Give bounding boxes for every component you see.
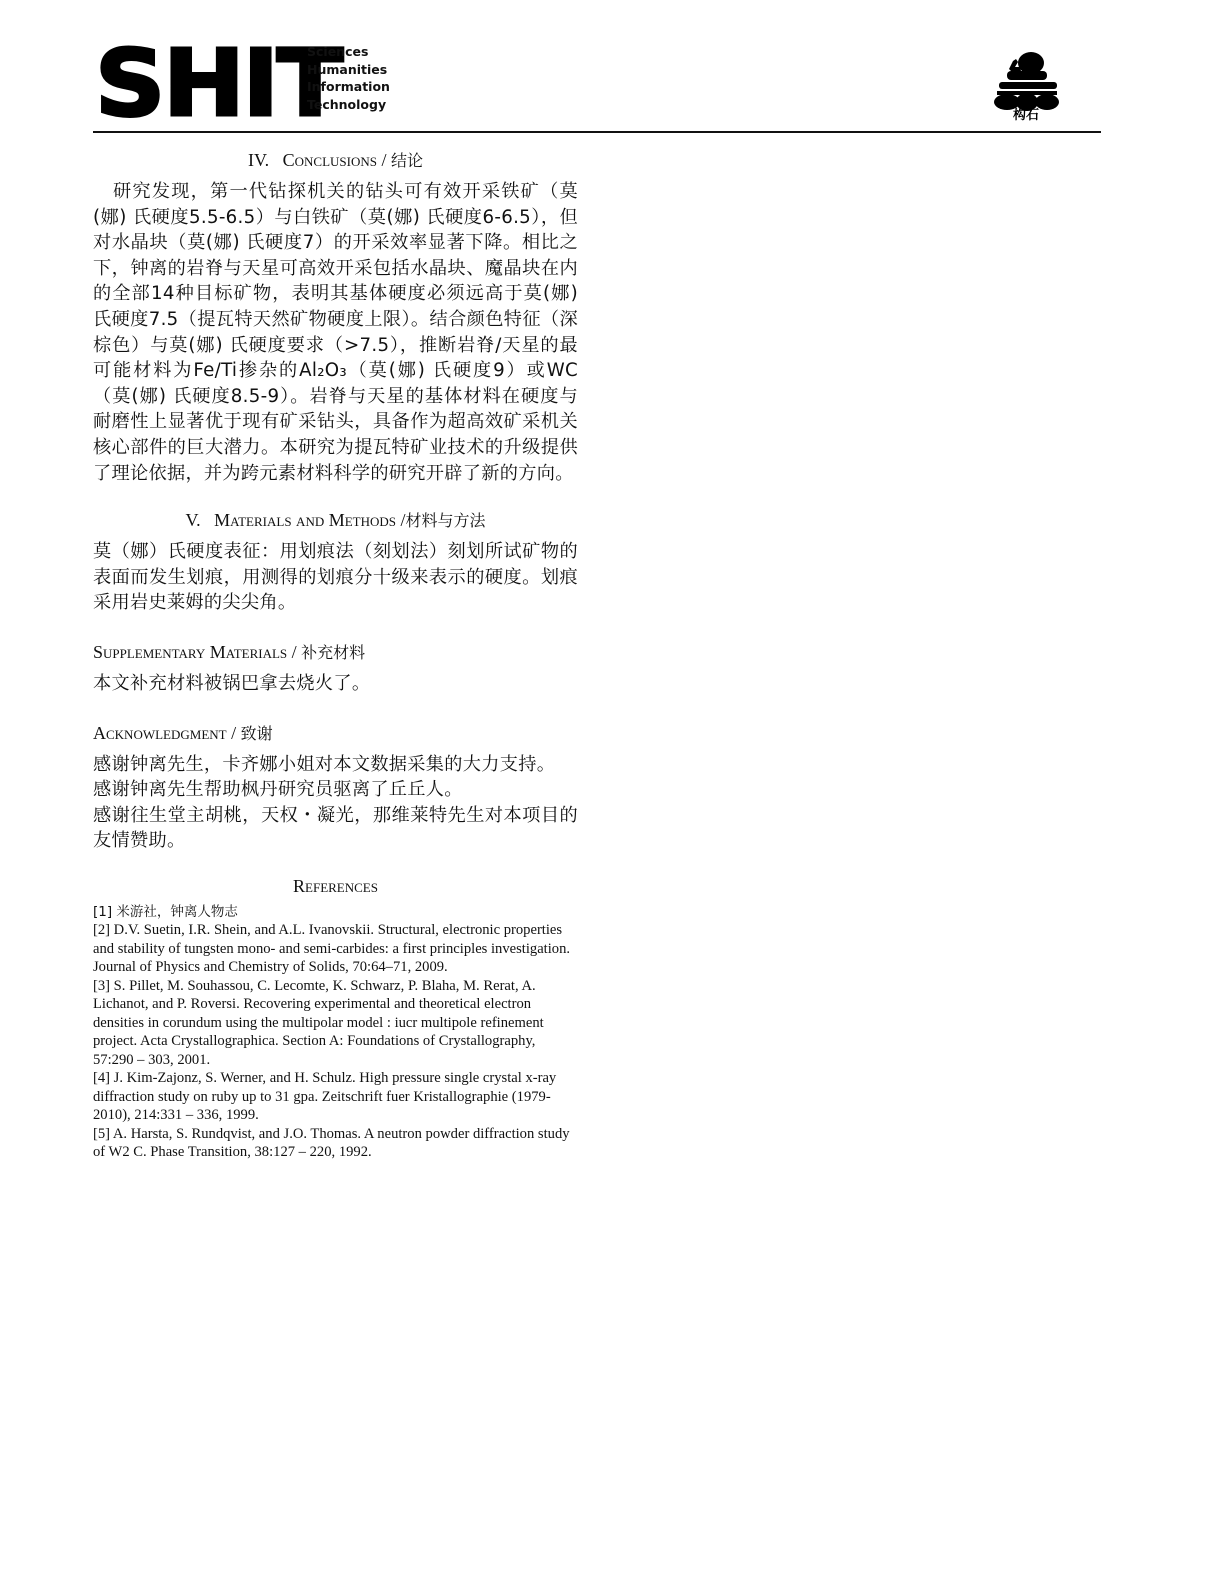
- section-heading-references: References: [93, 876, 578, 897]
- tagline-line: Information: [307, 78, 390, 96]
- page-header: SHIT Sciences Humanities Information Tec…: [93, 42, 1103, 132]
- section-heading-methods: V. Materials and Methods /材料与方法: [93, 508, 578, 531]
- acknowledgment-line: 感谢钟离先生，卡齐娜小姐对本文数据采集的大力支持。: [93, 752, 578, 778]
- reference-item: [2] D.V. Suetin, I.R. Shein, and A.L. Iv…: [93, 921, 578, 977]
- reference-item: [4] J. Kim-Zajonz, S. Werner, and H. Sch…: [93, 1069, 578, 1125]
- header-divider: [93, 131, 1101, 133]
- main-column: IV. Conclusions / 结论 研究发现，第一代钻探机关的钻头可有效开…: [93, 140, 578, 1162]
- supplementary-body: 本文补充材料被锅巴拿去烧火了。: [93, 671, 578, 697]
- acknowledgment-line: 感谢往生堂主胡桃，天权・凝光，那维莱特先生对本项目的友情赞助。: [93, 803, 578, 854]
- reference-item: [3] S. Pillet, M. Souhassou, C. Lecomte,…: [93, 977, 578, 1070]
- tagline-line: Humanities: [307, 61, 390, 79]
- acknowledgment-line: 感谢钟离先生帮助枫丹研究员驱离了丘丘人。: [93, 777, 578, 803]
- methods-body: 莫（娜）氏硬度表征：用划痕法（刻划法）刻划所试矿物的表面而发生划痕，用测得的划痕…: [93, 539, 578, 616]
- section-heading-acknowledgment: Acknowledgment / 致谢: [93, 721, 578, 744]
- journal-logo-wordmark: SHIT: [95, 38, 341, 130]
- section-heading-supplementary: Supplementary Materials / 补充材料: [93, 640, 578, 663]
- journal-logo-tagline: Sciences Humanities Information Technolo…: [307, 43, 390, 113]
- conclusions-body: 研究发现，第一代钻探机关的钻头可有效开采铁矿（莫(娜) 氏硬度5.5-6.5）与…: [93, 179, 578, 486]
- acknowledgment-body: 感谢钟离先生，卡齐娜小姐对本文数据采集的大力支持。 感谢钟离先生帮助枫丹研究员驱…: [93, 752, 578, 854]
- tagline-line: Sciences: [307, 43, 390, 61]
- reference-item: [5] A. Harsta, S. Rundqvist, and J.O. Th…: [93, 1125, 578, 1162]
- section-heading-conclusions: IV. Conclusions / 结论: [93, 148, 578, 171]
- tagline-line: Technology: [307, 96, 390, 114]
- references-list: [1] 米游社，钟离人物志 [2] D.V. Suetin, I.R. Shei…: [93, 903, 578, 1162]
- emblem-label: 构石: [1013, 104, 1039, 123]
- reference-item: [1] 米游社，钟离人物志: [93, 903, 578, 922]
